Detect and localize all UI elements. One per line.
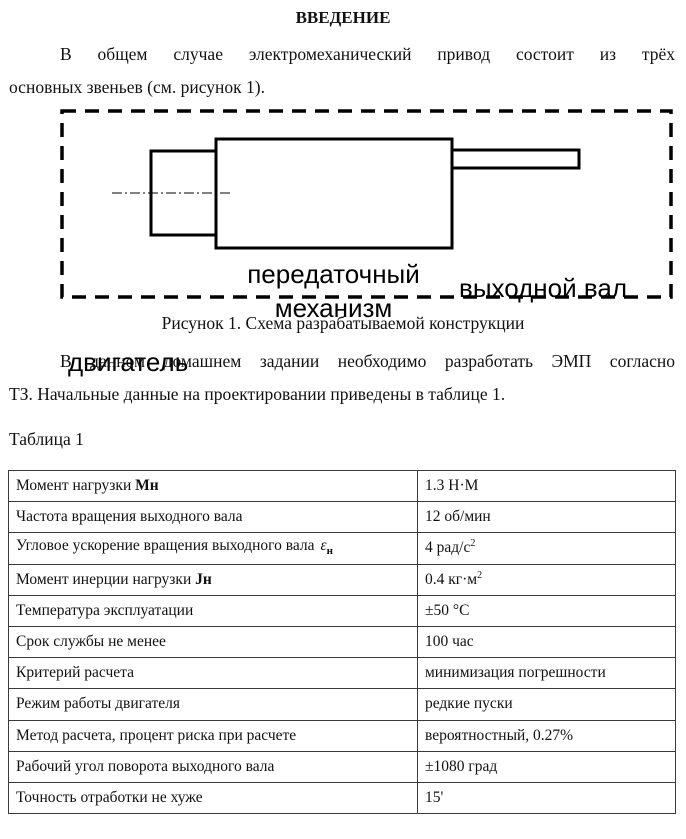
parameter-symbol: Мн <box>135 477 159 494</box>
table-row: Температура эксплуатации±50 °C <box>9 595 676 626</box>
section-heading: ВВЕДЕНИЕ <box>0 6 686 30</box>
table-row: Рабочий угол поворота выходного вала±108… <box>9 751 676 782</box>
intro-paragraph: В общем случае электромеханический приво… <box>9 38 675 104</box>
parameter-name-cell: Угловое ускорение вращения выходного вал… <box>9 533 418 564</box>
table-row: Метод расчета, процент риска при расчете… <box>9 720 676 751</box>
parameter-name-cell: Рабочий угол поворота выходного вала <box>9 751 418 782</box>
table-row: Момент нагрузки Мн1.3 Н·М <box>9 471 676 502</box>
parameter-name-cell: Частота вращения выходного вала <box>9 502 418 533</box>
output-shaft-label: выходной вал <box>459 274 627 302</box>
parameter-value-cell: редкие пуски <box>418 689 676 720</box>
table-row: Точность отработки не хуже15' <box>9 782 676 813</box>
parameter-value-cell: ±50 °C <box>418 595 676 626</box>
output-shaft-block <box>452 150 579 168</box>
intro-paragraph-line1: В общем случае электромеханический приво… <box>9 38 675 71</box>
parameter-name-cell: Метод расчета, процент риска при расчете <box>9 720 418 751</box>
task-paragraph-line1: В данном домашнем задании необходимо раз… <box>9 345 675 378</box>
parameter-name-cell: Точность отработки не хуже <box>9 782 418 813</box>
parameter-name-cell: Момент нагрузки Мн <box>9 471 418 502</box>
parameter-value-cell: 0.4 кг·м2 <box>418 564 676 595</box>
table-row: Момент инерции нагрузки Jн0.4 кг·м2 <box>9 564 676 595</box>
task-paragraph-line2: ТЗ. Начальные данные на проектировании п… <box>9 378 675 411</box>
table-row: Частота вращения выходного вала12 об/мин <box>9 502 676 533</box>
task-paragraph: В данном домашнем задании необходимо раз… <box>9 345 675 411</box>
table-label: Таблица 1 <box>9 427 84 451</box>
table-row: Срок службы не менее100 час <box>9 626 676 657</box>
table-row: Режим работы двигателяредкие пуски <box>9 689 676 720</box>
parameter-value-cell: минимизация погрешности <box>418 658 676 689</box>
parameter-name-cell: Критерий расчета <box>9 658 418 689</box>
parameter-name-cell: Срок службы не менее <box>9 626 418 657</box>
parameter-value-cell: 1.3 Н·М <box>418 471 676 502</box>
parameter-name-cell: Момент инерции нагрузки Jн <box>9 564 418 595</box>
parameter-name-cell: Режим работы двигателя <box>9 689 418 720</box>
parameter-name-cell: Температура эксплуатации <box>9 595 418 626</box>
construction-diagram: передаточный механизм выходной вал двига… <box>0 100 686 310</box>
figure-caption: Рисунок 1. Схема разрабатываемой констру… <box>0 311 686 335</box>
table-row: Угловое ускорение вращения выходного вал… <box>9 533 676 564</box>
parameter-symbol: Jн <box>195 571 212 588</box>
parameter-value-cell: 4 рад/с2 <box>418 533 676 564</box>
parameter-value-cell: 15' <box>418 782 676 813</box>
parameter-value-cell: 12 об/мин <box>418 502 676 533</box>
parameters-table: Момент нагрузки Мн1.3 Н·МЧастота вращени… <box>8 470 676 814</box>
parameter-value-cell: ±1080 град <box>418 751 676 782</box>
table-row: Критерий расчетаминимизация погрешности <box>9 658 676 689</box>
parameter-symbol: εн <box>321 537 333 554</box>
parameter-value-cell: вероятностный, 0.27% <box>418 720 676 751</box>
gear-mechanism-block <box>216 139 452 248</box>
parameter-value-cell: 100 час <box>418 626 676 657</box>
